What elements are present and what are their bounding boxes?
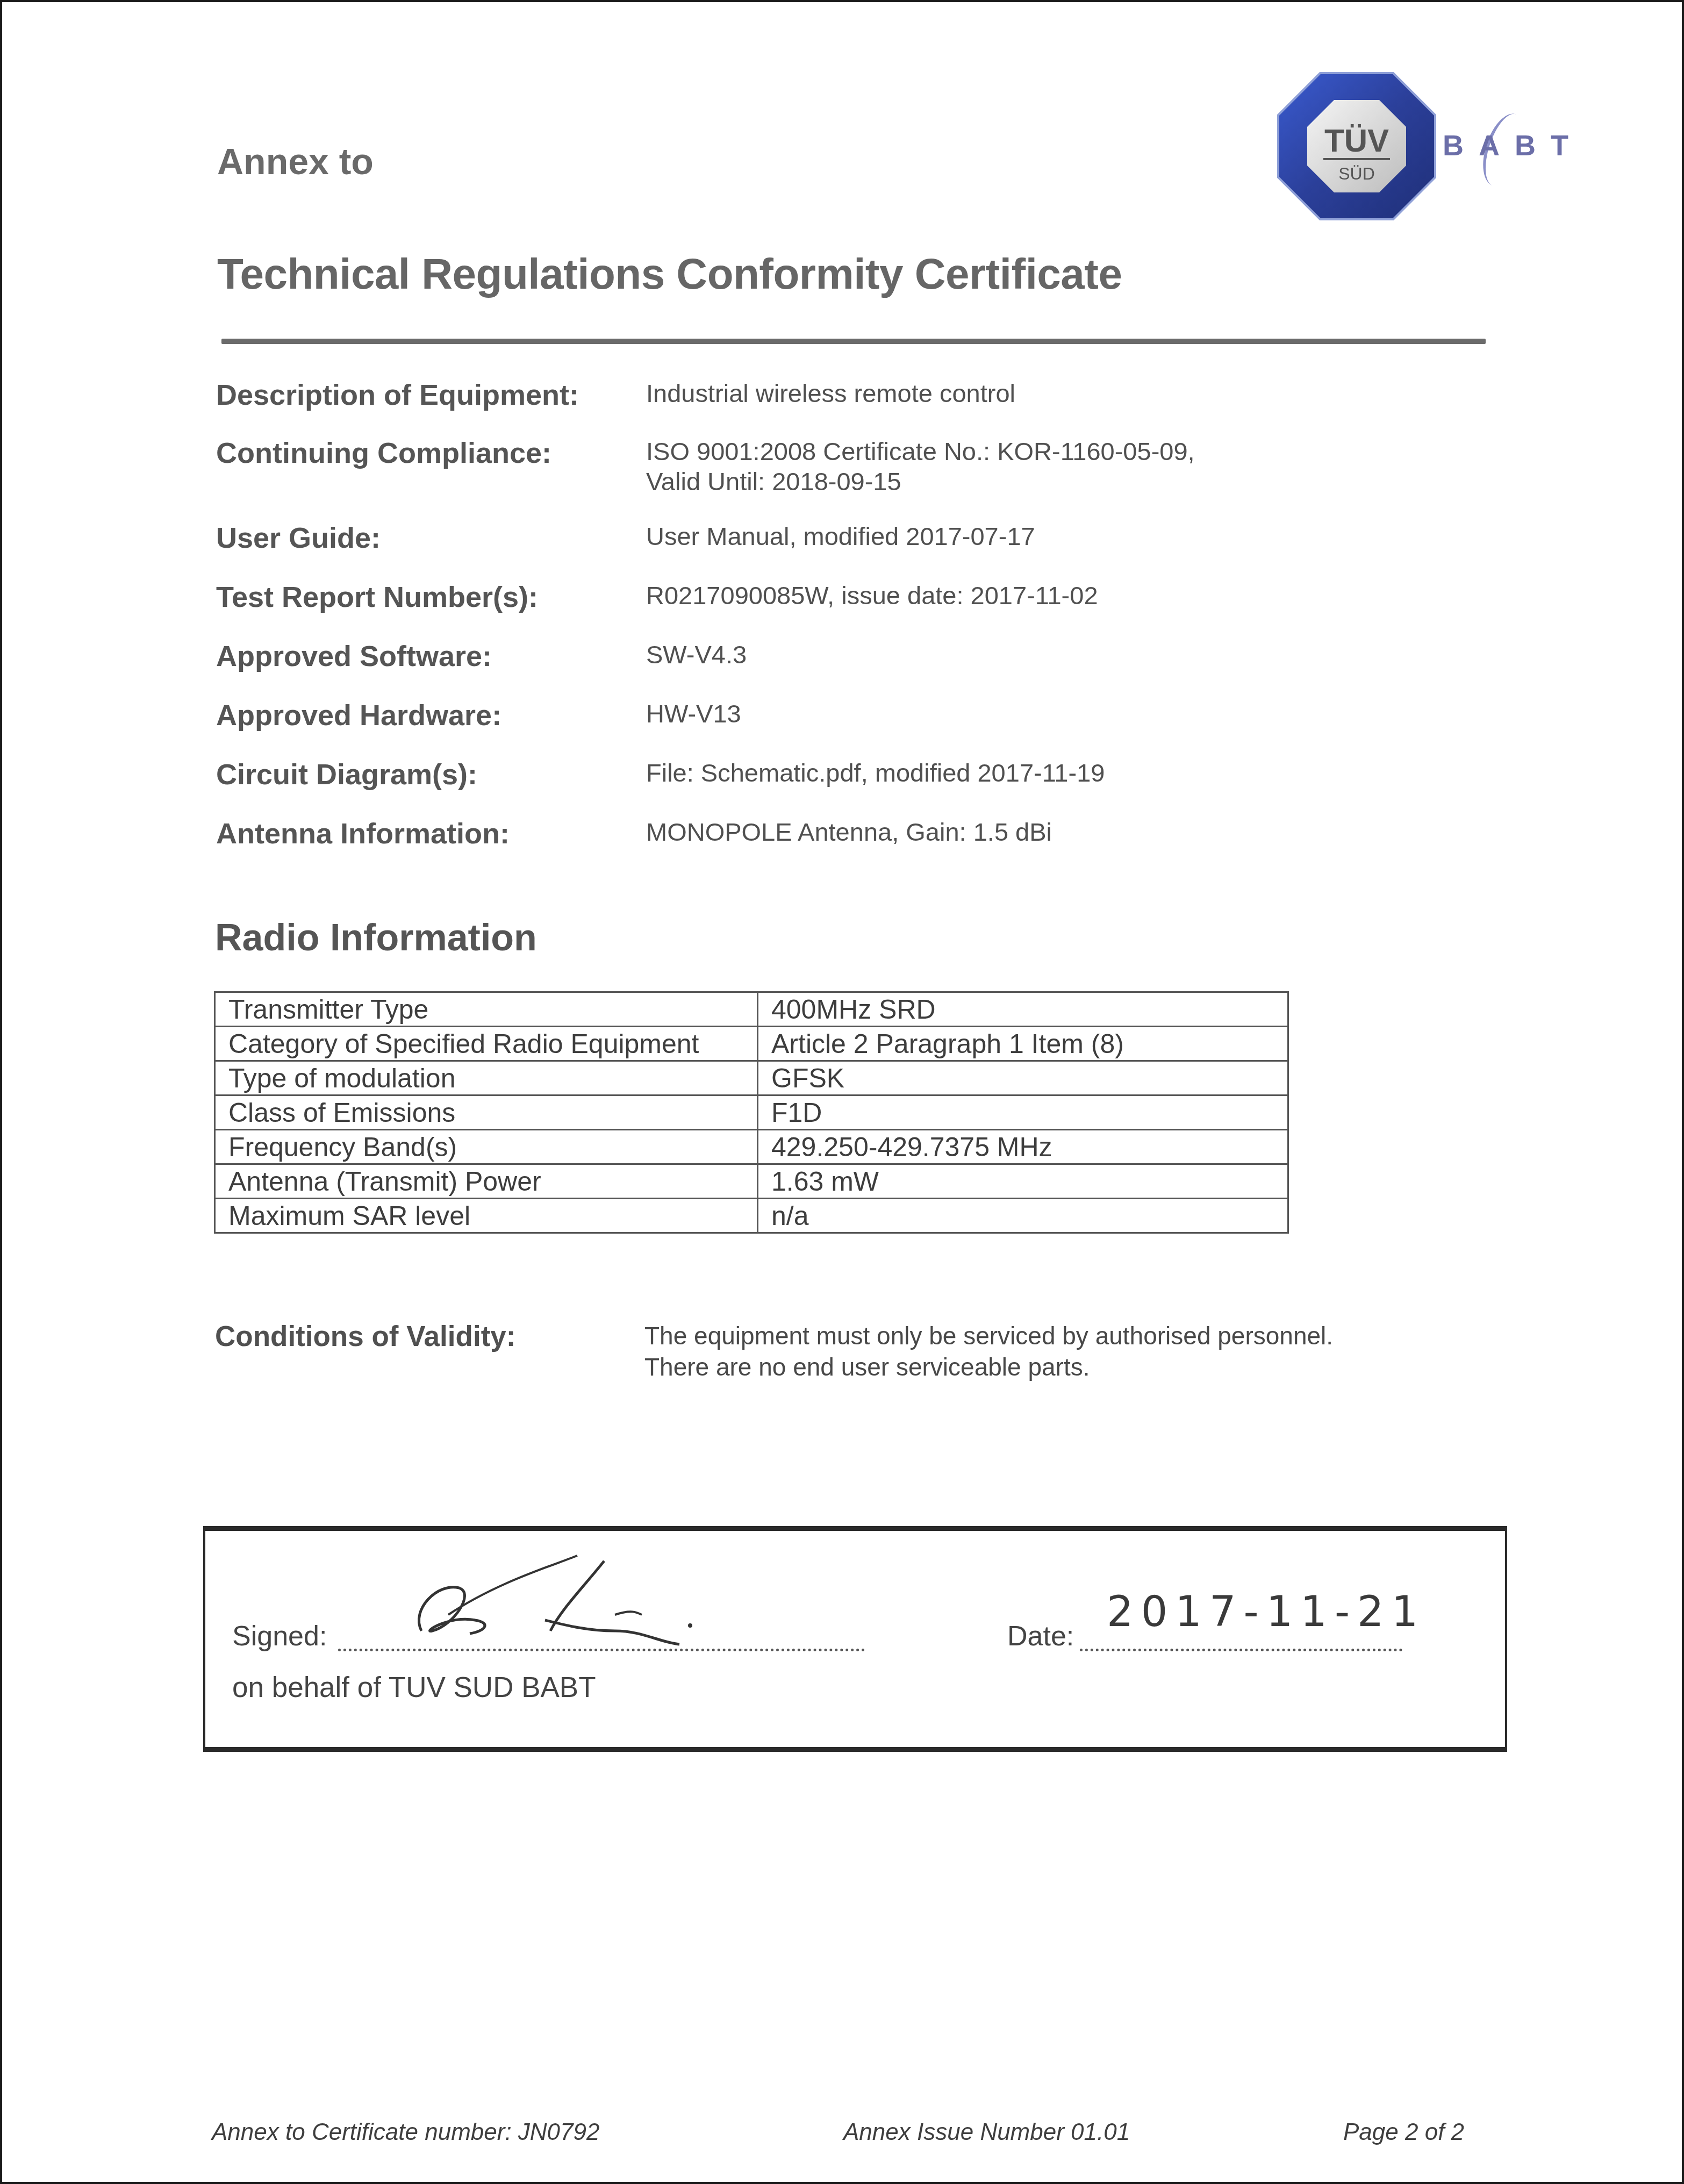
babt-wordmark: BABT bbox=[1443, 129, 1583, 162]
radio-value-cell: GFSK bbox=[758, 1061, 1288, 1095]
table-row: Type of modulationGFSK bbox=[215, 1061, 1288, 1095]
radio-value-cell: Article 2 Paragraph 1 Item (8) bbox=[758, 1027, 1288, 1061]
table-row: Maximum SAR leveln/a bbox=[215, 1199, 1288, 1233]
logo-mark-top: TÜV bbox=[1324, 123, 1389, 159]
detail-label: Approved Hardware: bbox=[216, 699, 501, 732]
detail-value-line: MONOPOLE Antenna, Gain: 1.5 dBi bbox=[646, 817, 1052, 847]
radio-key-cell: Class of Emissions bbox=[215, 1095, 758, 1130]
detail-label: Approved Software: bbox=[216, 640, 492, 673]
detail-value-line: HW-V13 bbox=[646, 699, 741, 729]
detail-value-line: User Manual, modified 2017-07-17 bbox=[646, 521, 1035, 552]
conditions-line: The equipment must only be serviced by a… bbox=[644, 1320, 1333, 1351]
certificate-page: Annex to Technical Regulations Conformit… bbox=[0, 0, 1684, 2184]
radio-value-cell: F1D bbox=[758, 1095, 1288, 1130]
table-row: Antenna (Transmit) Power1.63 mW bbox=[215, 1164, 1288, 1199]
table-row: Transmitter Type400MHz SRD bbox=[215, 992, 1288, 1027]
detail-label: Circuit Diagram(s): bbox=[216, 758, 477, 791]
detail-value: HW-V13 bbox=[646, 699, 741, 729]
radio-key-cell: Frequency Band(s) bbox=[215, 1130, 758, 1164]
footer-page-number: Page 2 of 2 bbox=[1343, 2119, 1464, 2146]
detail-label: User Guide: bbox=[216, 521, 381, 555]
radio-key-cell: Antenna (Transmit) Power bbox=[215, 1164, 758, 1199]
detail-value-line: ISO 9001:2008 Certificate No.: KOR-1160-… bbox=[646, 436, 1195, 467]
title-divider bbox=[221, 339, 1486, 344]
footer-issue-number: Annex Issue Number 01.01 bbox=[843, 2119, 1130, 2146]
radio-value-cell: 1.63 mW bbox=[758, 1164, 1288, 1199]
radio-value-cell: n/a bbox=[758, 1199, 1288, 1233]
detail-value: MONOPOLE Antenna, Gain: 1.5 dBi bbox=[646, 817, 1052, 847]
page-title: Technical Regulations Conformity Certifi… bbox=[217, 249, 1122, 299]
table-row: Category of Specified Radio EquipmentArt… bbox=[215, 1027, 1288, 1061]
detail-label: Description of Equipment: bbox=[216, 378, 579, 412]
radio-value-cell: 429.250-429.7375 MHz bbox=[758, 1130, 1288, 1164]
footer-certificate-number: Annex to Certificate number: JN0792 bbox=[212, 2119, 600, 2146]
on-behalf-text: on behalf of TUV SUD BABT bbox=[232, 1671, 596, 1704]
detail-label: Test Report Number(s): bbox=[216, 581, 538, 614]
radio-value-cell: 400MHz SRD bbox=[758, 992, 1288, 1027]
detail-value: ISO 9001:2008 Certificate No.: KOR-1160-… bbox=[646, 436, 1195, 497]
radio-key-cell: Maximum SAR level bbox=[215, 1199, 758, 1233]
detail-value-line: R0217090085W, issue date: 2017-11-02 bbox=[646, 581, 1098, 611]
date-label: Date: bbox=[1007, 1620, 1074, 1652]
table-row: Frequency Band(s)429.250-429.7375 MHz bbox=[215, 1130, 1288, 1164]
detail-value: SW-V4.3 bbox=[646, 640, 747, 670]
detail-value-line: Valid Until: 2018-09-15 bbox=[646, 467, 1195, 497]
handwritten-date: 2017-11-21 bbox=[1107, 1588, 1425, 1636]
handwritten-signature-icon bbox=[389, 1550, 765, 1658]
detail-value: R0217090085W, issue date: 2017-11-02 bbox=[646, 581, 1098, 611]
radio-information-table: Transmitter Type400MHz SRDCategory of Sp… bbox=[214, 991, 1289, 1234]
radio-key-cell: Type of modulation bbox=[215, 1061, 758, 1095]
radio-key-cell: Category of Specified Radio Equipment bbox=[215, 1027, 758, 1061]
conditions-line: There are no end user serviceable parts. bbox=[644, 1351, 1333, 1383]
detail-value: Industrial wireless remote control bbox=[646, 378, 1015, 409]
detail-value-line: File: Schematic.pdf, modified 2017-11-19 bbox=[646, 758, 1105, 788]
conditions-text: The equipment must only be serviced by a… bbox=[644, 1320, 1333, 1383]
detail-label: Antenna Information: bbox=[216, 817, 510, 850]
radio-information-heading: Radio Information bbox=[215, 916, 537, 959]
detail-value-line: SW-V4.3 bbox=[646, 640, 747, 670]
conditions-label: Conditions of Validity: bbox=[215, 1320, 515, 1353]
detail-label: Continuing Compliance: bbox=[216, 436, 551, 470]
table-row: Class of EmissionsF1D bbox=[215, 1095, 1288, 1130]
annex-to-heading: Annex to bbox=[217, 141, 374, 183]
radio-key-cell: Transmitter Type bbox=[215, 992, 758, 1027]
detail-value-line: Industrial wireless remote control bbox=[646, 378, 1015, 409]
detail-value: File: Schematic.pdf, modified 2017-11-19 bbox=[646, 758, 1105, 788]
signed-label: Signed: bbox=[232, 1620, 327, 1652]
detail-value: User Manual, modified 2017-07-17 bbox=[646, 521, 1035, 552]
logo-mark-bottom: SÜD bbox=[1338, 164, 1375, 183]
tuv-sud-logo-icon: TÜV SÜD bbox=[1276, 71, 1437, 221]
